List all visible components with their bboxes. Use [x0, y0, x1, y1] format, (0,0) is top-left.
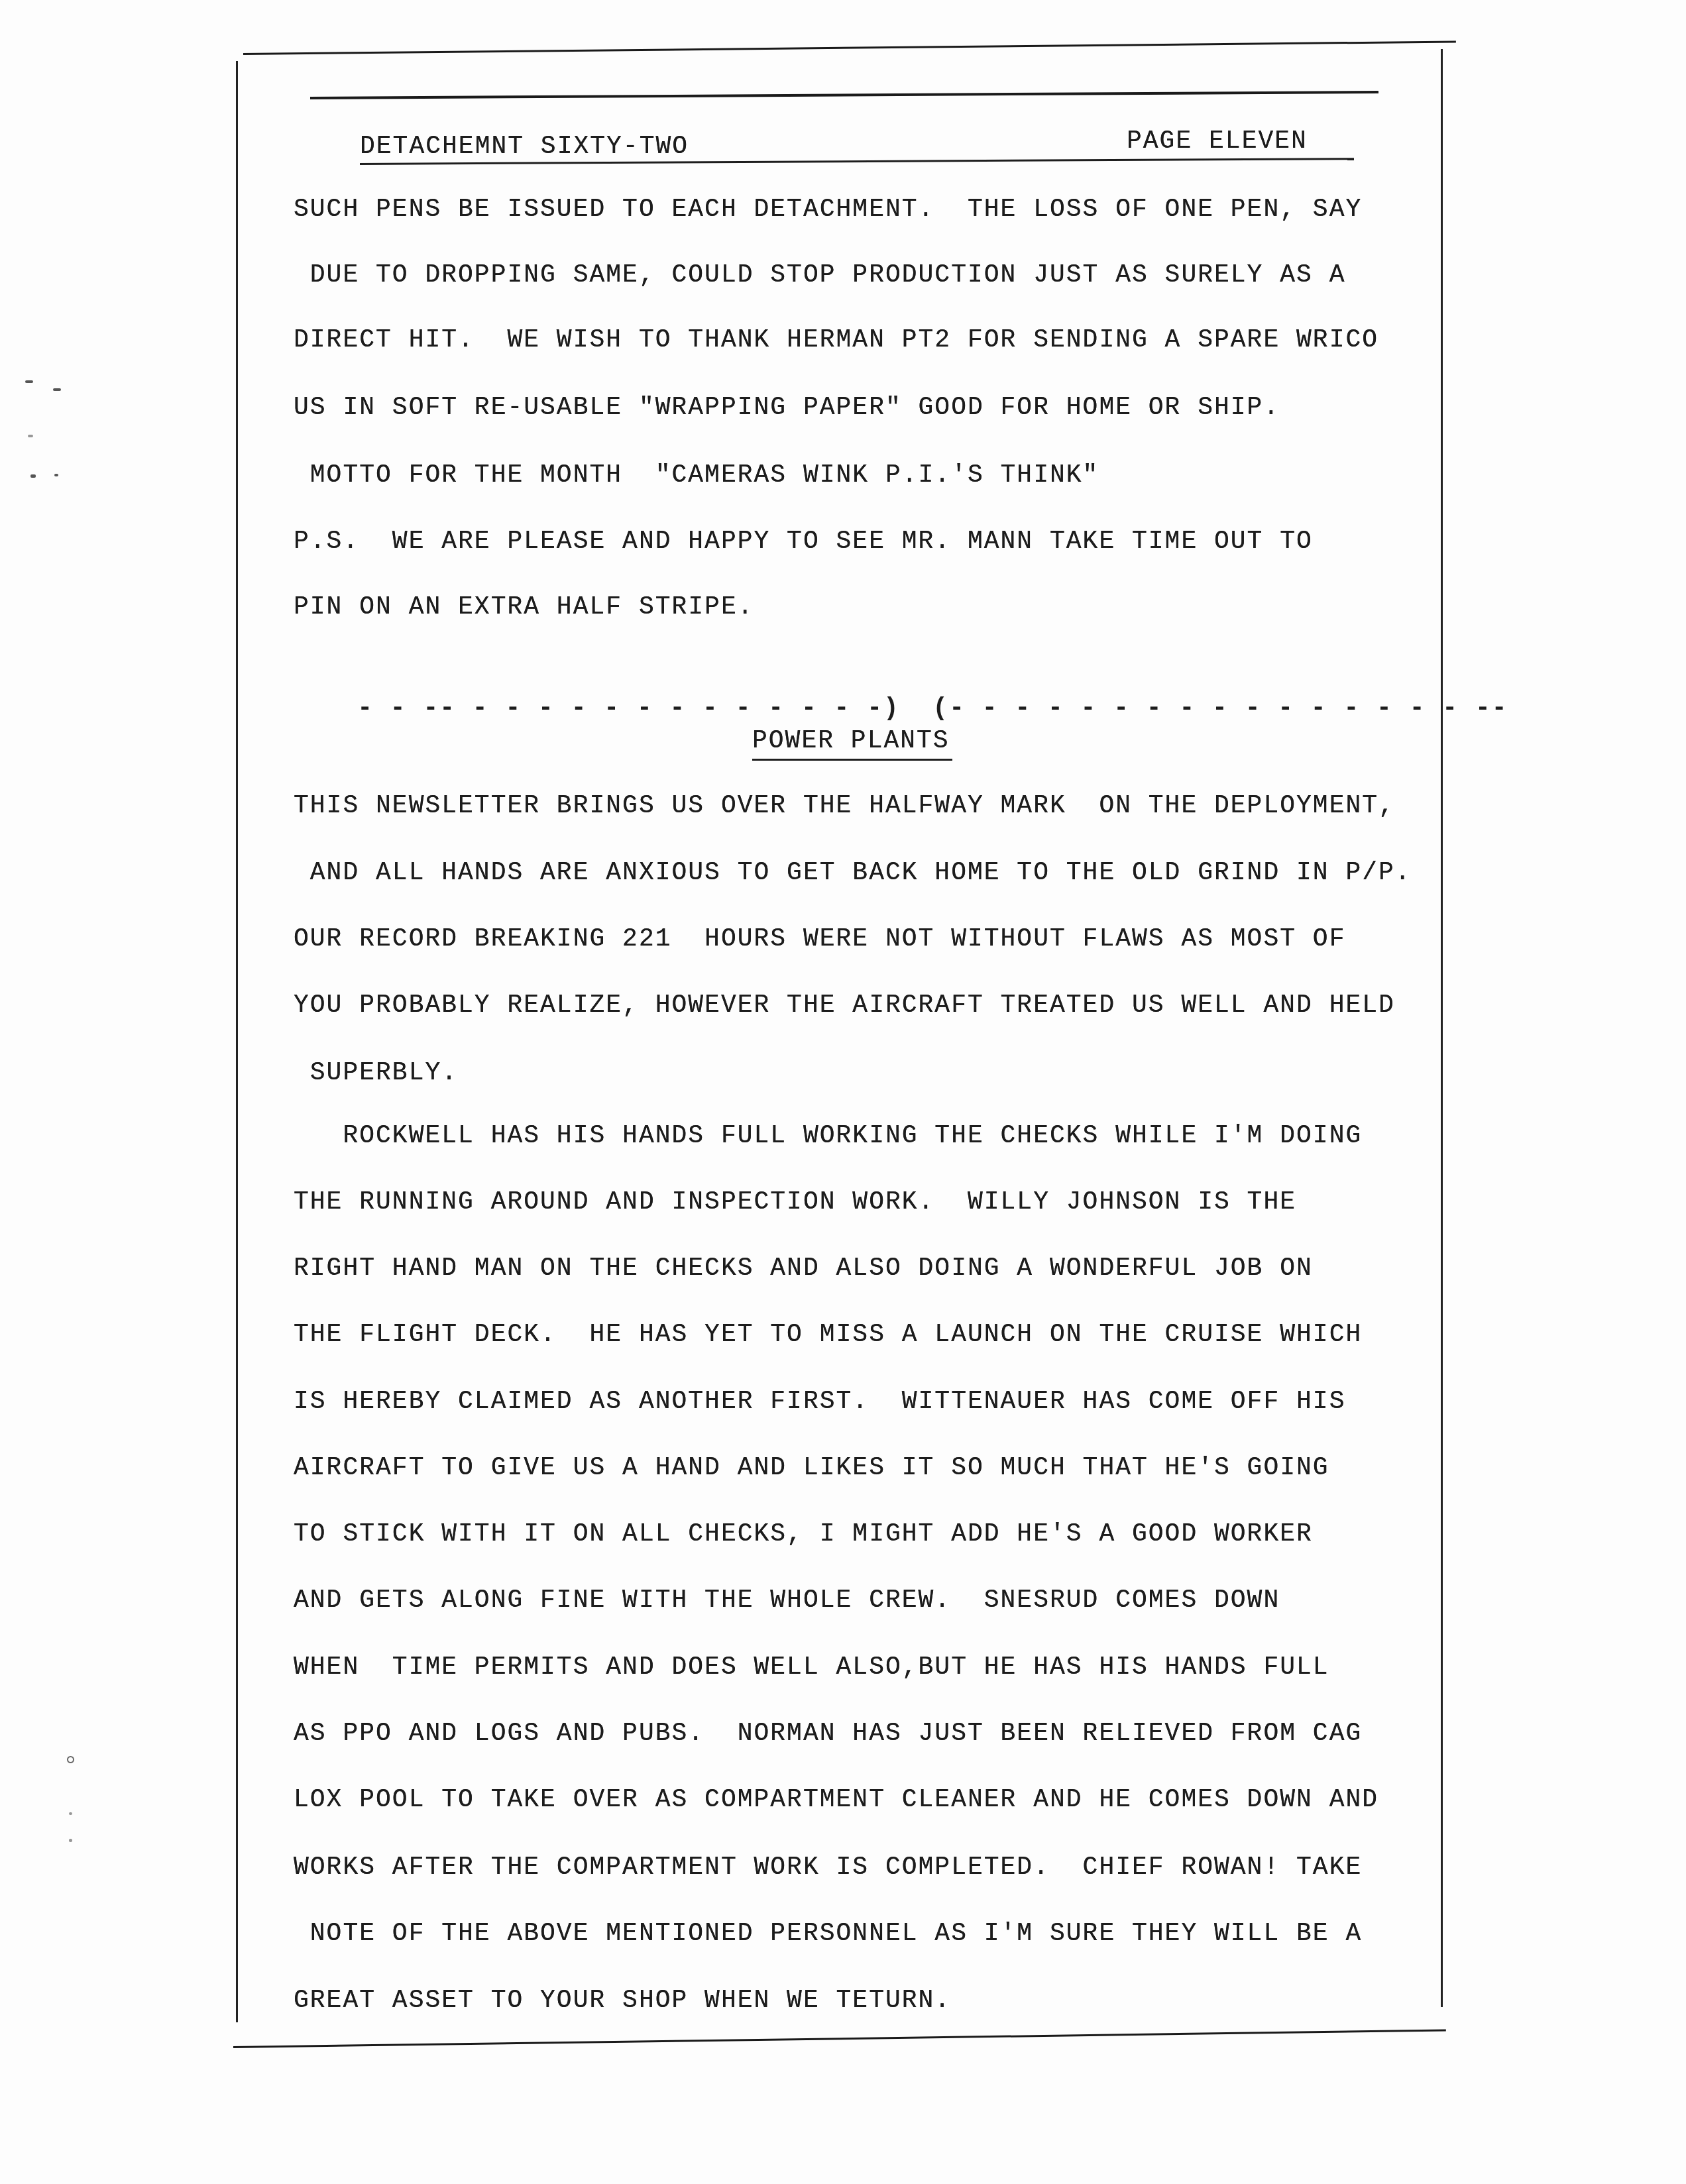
section-title: POWER PLANTS [752, 729, 950, 754]
body-line: AND ALL HANDS ARE ANXIOUS TO GET BACK HO… [294, 861, 1412, 886]
body-line: THIS NEWSLETTER BRINGS US OVER THE HALFW… [294, 794, 1395, 819]
body-line: NOTE OF THE ABOVE MENTIONED PERSONNEL AS… [294, 1922, 1362, 1947]
divider-left: - - -- - - - - - - - - - - - - -) [357, 694, 900, 723]
body-line: OUR RECORD BREAKING 221 HOURS WERE NOT W… [294, 927, 1345, 952]
body-line: AIRCRAFT TO GIVE US A HAND AND LIKES IT … [294, 1456, 1329, 1481]
frame-right-rule [1441, 49, 1443, 2007]
divider-right: (- - - - - - - - - - - - - - - - -- [932, 694, 1508, 723]
header-left-title: DETACHEMNT SIXTY-TWO [360, 135, 689, 160]
body-line: IS HEREBY CLAIMED AS ANOTHER FIRST. WITT… [294, 1390, 1345, 1415]
scan-speck [69, 1812, 72, 1815]
body-line: SUPERBLY. [294, 1061, 458, 1086]
body-line: AND GETS ALONG FINE WITH THE WHOLE CREW.… [294, 1588, 1280, 1613]
ps-line: P.S. WE ARE PLEASE AND HAPPY TO SEE MR. … [294, 529, 1313, 555]
body-line: AS PPO AND LOGS AND PUBS. NORMAN HAS JUS… [294, 1721, 1362, 1747]
body-line: WORKS AFTER THE COMPARTMENT WORK IS COMP… [294, 1855, 1362, 1881]
body-line: DIRECT HIT. WE WISH TO THANK HERMAN PT2 … [294, 328, 1378, 353]
body-line: THE FLIGHT DECK. HE HAS YET TO MISS A LA… [294, 1323, 1362, 1348]
scan-speck [54, 474, 58, 476]
body-line: ROCKWELL HAS HIS HANDS FULL WORKING THE … [294, 1124, 1362, 1149]
scan-speck [25, 380, 33, 383]
scan-speck [53, 388, 61, 391]
body-line: GREAT ASSET TO YOUR SHOP WHEN WE TETURN. [294, 1989, 951, 2014]
body-line: PIN ON AN EXTRA HALF STRIPE. [294, 595, 754, 620]
body-line: RIGHT HAND MAN ON THE CHECKS AND ALSO DO… [294, 1256, 1313, 1282]
body-line: WHEN TIME PERMITS AND DOES WELL ALSO,BUT… [294, 1655, 1329, 1680]
body-line: LOX POOL TO TAKE OVER AS COMPARTMENT CLE… [294, 1788, 1378, 1813]
section-title-underline [752, 759, 952, 761]
section-divider: - - -- - - - - - - - - - - - - -) (- - -… [292, 666, 1418, 692]
scan-speck [67, 1756, 74, 1763]
document-page: DETACHEMNT SIXTY-TWO PAGE ELEVEN SUCH PE… [0, 0, 1686, 2184]
scan-speck [69, 1839, 72, 1842]
body-line: THE RUNNING AROUND AND INSPECTION WORK. … [294, 1190, 1296, 1215]
scan-speck [30, 474, 36, 478]
frame-top-rule [243, 40, 1456, 55]
header-right-title: PAGE ELEVEN [1127, 129, 1308, 154]
frame-left-rule [236, 61, 238, 2022]
header-top-rule [310, 91, 1378, 99]
scan-speck [28, 435, 33, 437]
body-line: DUE TO DROPPING SAME, COULD STOP PRODUCT… [294, 263, 1345, 288]
body-line: TO STICK WITH IT ON ALL CHECKS, I MIGHT … [294, 1522, 1313, 1547]
body-line: YOU PROBABLY REALIZE, HOWEVER THE AIRCRA… [294, 993, 1395, 1018]
body-line: US IN SOFT RE-USABLE "WRAPPING PAPER" GO… [294, 396, 1280, 421]
frame-bottom-rule [233, 2029, 1446, 2048]
motto-line: MOTTO FOR THE MONTH "CAMERAS WINK P.I.'S… [294, 463, 1099, 488]
body-line: SUCH PENS BE ISSUED TO EACH DETACHMENT. … [294, 197, 1362, 223]
